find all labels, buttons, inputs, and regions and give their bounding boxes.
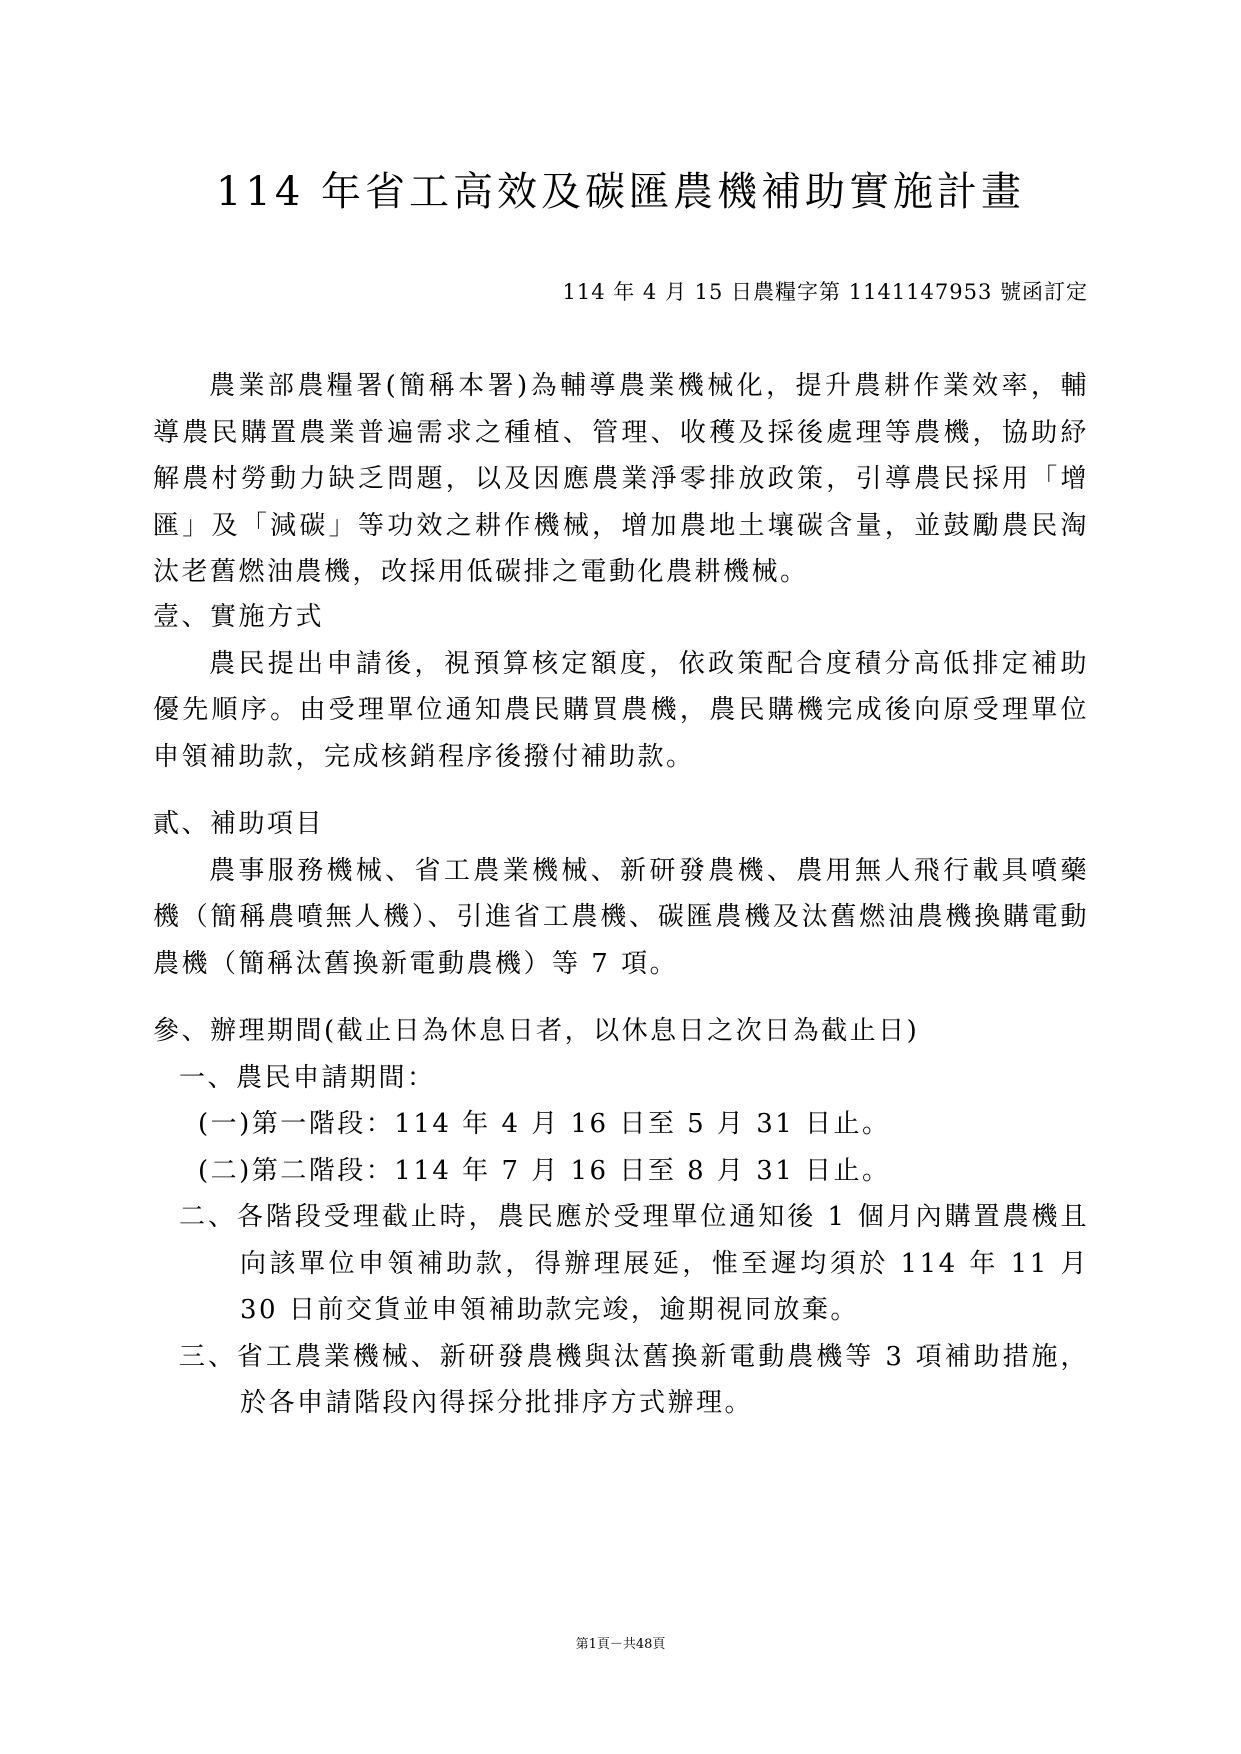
- page-footer: 第1頁－共48頁: [0, 1636, 1241, 1654]
- list-item: 三、省工農業機械、新研發農機與汰舊換新電動農機等 3 項補助措施，於各申請階段內…: [153, 1334, 1089, 1427]
- list-item: 一、農民申請期間：: [153, 1055, 1089, 1102]
- section-heading: 壹、實施方式: [153, 594, 1089, 641]
- section-heading: 參、辦理期間(截止日為休息日者，以休息日之次日為截止日): [153, 1008, 1089, 1055]
- section-period: 參、辦理期間(截止日為休息日者，以休息日之次日為截止日) 一、農民申請期間： (…: [153, 1008, 1089, 1427]
- sub-list-item: (二)第二階段：114 年 7 月 16 日至 8 月 31 日止。: [153, 1148, 1089, 1195]
- section-implementation: 壹、實施方式 農民提出申請後，視預算核定額度，依政策配合度積分高低排定補助優先順…: [153, 594, 1089, 780]
- section-paragraph: 農民提出申請後，視預算核定額度，依政策配合度積分高低排定補助優先順序。由受理單位…: [153, 641, 1089, 781]
- document-page: 114 年省工高效及碳匯農機補助實施計畫 114 年 4 月 15 日農糧字第 …: [0, 0, 1241, 1754]
- section-subsidy-items: 貳、補助項目 農事服務機械、省工農業機械、新研發農機、農用無人飛行載具噴藥機（簡…: [153, 801, 1089, 987]
- list-item: 二、各階段受理截止時，農民應於受理單位通知後 1 個月內購置農機且向該單位申領補…: [153, 1194, 1089, 1334]
- intro-paragraph: 農業部農糧署(簡稱本署)為輔導農業機械化，提升農耕作業效率，輔導農民購置農業普遍…: [153, 363, 1089, 596]
- document-subtitle: 114 年 4 月 15 日農糧字第 1141147953 號函訂定: [563, 278, 1089, 306]
- document-title: 114 年省工高效及碳匯農機補助實施計畫: [0, 168, 1241, 216]
- section-paragraph: 農事服務機械、省工農業機械、新研發農機、農用無人飛行載具噴藥機（簡稱農噴無人機）…: [153, 848, 1089, 988]
- intro-block: 農業部農糧署(簡稱本署)為輔導農業機械化，提升農耕作業效率，輔導農民購置農業普遍…: [153, 363, 1089, 596]
- section-heading: 貳、補助項目: [153, 801, 1089, 848]
- sub-list-item: (一)第一階段：114 年 4 月 16 日至 5 月 31 日止。: [153, 1101, 1089, 1148]
